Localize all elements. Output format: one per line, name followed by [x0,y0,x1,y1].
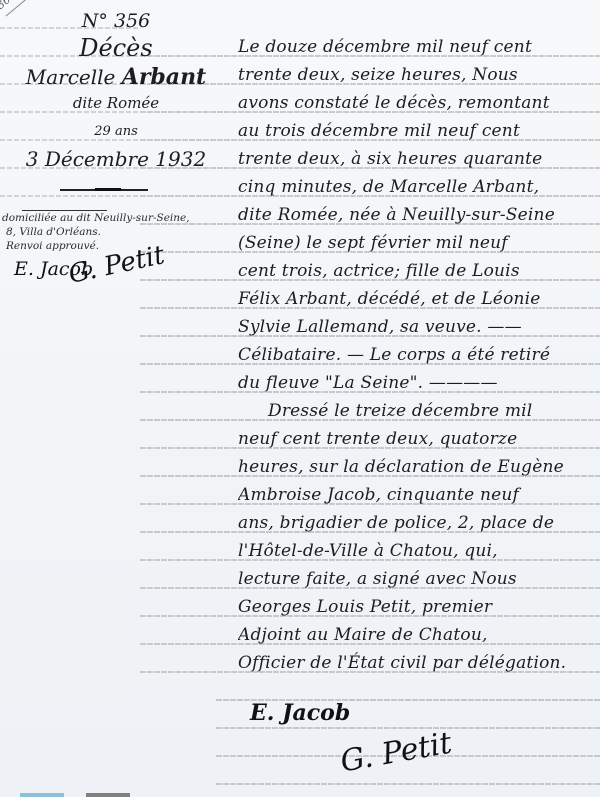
divider-accent [95,188,121,191]
record-text-line: lecture faite, a signé avec Nous [238,565,594,593]
deceased-name: Marcelle Arbant [0,64,232,90]
record-text-line: ans, brigadier de police, 2, place de [238,509,594,537]
footer-signature-officer: G. Petit [338,726,455,780]
record-text-line: Officier de l'État civil par délégation. [238,649,594,677]
record-text-line: Dressé le treize décembre mil [238,397,594,425]
record-text-line: cent trois, actrice; fille de Louis [238,257,594,285]
deceased-first-name: Marcelle [26,65,116,89]
record-text-line: (Seine) le sept février mil neuf [238,229,594,257]
record-body: Le douze décembre mil neuf centtrente de… [238,33,594,677]
annotation-rule [22,210,107,211]
document-page: 36 D N° 356 Décès Marcelle Arbant dite R… [0,0,600,797]
record-text-line: dite Romée, née à Neuilly-sur-Seine [238,201,594,229]
record-text-line: cinq minutes, de Marcelle Arbant, [238,173,594,201]
record-text-line: trente deux, à six heures quarante [238,145,594,173]
date-of-death: 3 Décembre 1932 [0,147,232,171]
deceased-alias: dite Romée [0,94,232,112]
record-text-line: Georges Louis Petit, premier [238,593,594,621]
record-text-line: avons constaté le décès, remontant [238,89,594,117]
deceased-age: 29 ans [0,124,232,139]
record-text-line: neuf cent trente deux, quatorze [238,425,594,453]
record-type: Décès [0,34,232,62]
annotation-line: Renvoi approuvé. [6,240,99,252]
margin-column: N° 356 Décès Marcelle Arbant dite Romée … [0,0,232,797]
scan-edge-artifact [20,793,130,797]
record-text-line: l'Hôtel-de-Ville à Chatou, qui, [238,537,594,565]
record-text-line: au trois décembre mil neuf cent [238,117,594,145]
deceased-last-name: Arbant [122,64,206,90]
record-text-line: Le douze décembre mil neuf cent [238,33,594,61]
record-text-line: Ambroise Jacob, cinquante neuf [238,481,594,509]
record-text-line: Félix Arbant, décédé, et de Léonie [238,285,594,313]
record-text-line: heures, sur la déclaration de Eugène [238,453,594,481]
annotation-line: domiciliée au dit Neuilly-sur-Seine, [2,212,190,224]
record-text-line: Célibataire. — Le corps a été retiré [238,341,594,369]
record-number: N° 356 [0,10,232,32]
record-text-line: Sylvie Lallemand, sa veuve. —— [238,313,594,341]
record-text-line: du fleuve "La Seine". ———— [238,369,594,397]
annotation-line: 8, Villa d'Orléans. [6,226,101,238]
record-text-line: Adjoint au Maire de Chatou, [238,621,594,649]
record-text-line: trente deux, seize heures, Nous [238,61,594,89]
footer-signature-declarant: E. Jacob [250,700,350,726]
